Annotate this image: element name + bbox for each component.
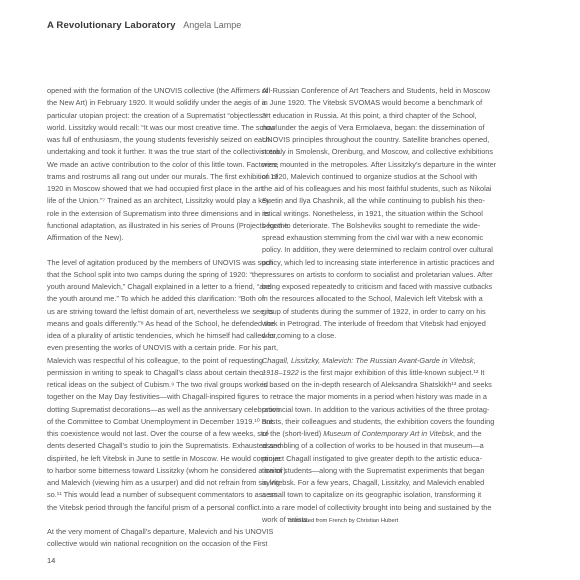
text-line: trams and rostrums all rang out under ou… (47, 171, 279, 183)
text-line: work in Petrograd. The interlude of free… (262, 318, 500, 330)
text-line: the youth around me.” To which he added … (47, 293, 279, 305)
text-line: a small town to capitalize on its geogra… (262, 489, 500, 501)
text-line: that the School split into two camps dur… (47, 269, 279, 281)
text-line: dispirited, he left Vitebsk in June to s… (47, 453, 279, 465)
text-line: world. Lissitzky would recall: “It was o… (47, 122, 279, 134)
text-line: of the (short-lived) Museum of Contempor… (262, 428, 500, 440)
text-line: spread exhaustion stemming from the civi… (262, 232, 500, 244)
text-line: role in the extension of Suprematism int… (47, 208, 279, 220)
text-line: means and goals differently.”⁸ As head o… (47, 318, 279, 330)
text-line: began to deteriorate. The Bolsheviks sou… (262, 220, 500, 232)
text-line: We made an active contribution to the co… (47, 159, 279, 171)
text-line: being exposed repeatedly to criticism an… (262, 281, 500, 293)
text-line: retical ideas on the subject of Cubism.⁹… (47, 379, 279, 391)
paragraph-break (47, 514, 279, 526)
translation-credit: Translated from French by Christian Hube… (287, 518, 398, 524)
text-line: life of the Union.”⁷ Trained as an archi… (47, 195, 279, 207)
text-line: idea of a plurality of artistic tendenci… (47, 330, 279, 342)
right-text-column: All-Russian Conference of Art Teachers a… (262, 85, 500, 526)
text-line: tion of students—along with the Supremat… (262, 465, 500, 477)
text-fragment: , and the (453, 429, 482, 438)
text-line: were mounted in the metropoles. After Li… (262, 159, 500, 171)
text-line: dotting Suprematist decorations—as well … (47, 404, 279, 416)
text-line: art education in Russia. At this point, … (262, 110, 500, 122)
text-line: 1918–1922 is the first major exhibition … (262, 367, 500, 379)
text-line: is based on the in-depth research of Ale… (262, 379, 500, 391)
exhibition-title: Chagall, Lissitzky, Malevich: The Russia… (262, 356, 476, 365)
text-line: so.¹¹ This would lead a number of subseq… (47, 489, 279, 501)
text-line: permission in writing to speak to Chagal… (47, 367, 279, 379)
text-line: onists, their colleagues and students, t… (262, 416, 500, 428)
text-line: functional adaptation, as illustrated in… (47, 220, 279, 232)
text-line: of the Committee to Combat Unemployment … (47, 416, 279, 428)
text-line: At the very moment of Chagall’s departur… (47, 526, 279, 538)
text-line: UNOVIS principles throughout the country… (262, 134, 500, 146)
text-line: of 1920, Malevich continued to organize … (262, 171, 500, 183)
text-line: this coexistence would not last. Over th… (47, 428, 279, 440)
text-line: into a rare model of collectivity brough… (262, 502, 500, 514)
text-line: notably in Smolensk, Orenburg, and Mosco… (262, 146, 500, 158)
text-line: together on the May Day festivities—with… (47, 391, 279, 403)
text-line: provincial town. In addition to the vari… (262, 404, 500, 416)
page-number: 14 (47, 556, 55, 565)
text-line: now under the aegis of Vera Ermolaeva, b… (262, 122, 500, 134)
text-line: group of students during the summer of 1… (262, 306, 500, 318)
exhibition-title-dates: 1918–1922 (262, 368, 299, 377)
running-header-title: A Revolutionary Laboratory (47, 20, 176, 31)
text-line: All-Russian Conference of Art Teachers a… (262, 85, 500, 97)
text-line: Affirmation of the New). (47, 232, 279, 244)
text-line: opened with the formation of the UNOVIS … (47, 85, 279, 97)
text-line: to harbor some bitterness toward Lissitz… (47, 465, 279, 477)
left-text-column: opened with the formation of the UNOVIS … (47, 85, 279, 551)
text-line: even presenting the works of UNOVIS with… (47, 342, 279, 354)
text-line: to retrace the major moments in a period… (262, 391, 500, 403)
text-line: undertaking and took it further. It was … (47, 146, 279, 158)
text-line: in Vitebsk. For a few years, Chagall, Li… (262, 477, 500, 489)
running-header-author: Angela Lampe (183, 20, 241, 30)
text-line: particular utopian project: the creation… (47, 110, 279, 122)
text-line: policy. In addition, they were determine… (262, 244, 500, 256)
text-line: us are striving toward the leftist domai… (47, 306, 279, 318)
text-line: collective would win national recognitio… (47, 538, 279, 550)
text-line: youth around Malevich,” Chagall explaine… (47, 281, 279, 293)
text-line: 1920 in Moscow showed that we had occupi… (47, 183, 279, 195)
text-line: in the resources allocated to the School… (262, 293, 500, 305)
museum-name: Museum of Contemporary Art in Vitebsk (323, 429, 453, 438)
paragraph-break (47, 244, 279, 256)
text-line: in June 1920. The Vitebsk SVOMAS would b… (262, 97, 500, 109)
text-line: dents deserted Chagall’s studio to join … (47, 440, 279, 452)
text-fragment: is the first major exhibition of this li… (299, 368, 485, 377)
text-line: was full of enthusiasm, the young studen… (47, 134, 279, 146)
paragraph-break (262, 342, 500, 354)
text-line: Malevich was respectful of his colleague… (47, 355, 279, 367)
text-line: project Chagall instigated to give great… (262, 453, 500, 465)
text-line: the aid of his colleagues and his most f… (262, 183, 500, 195)
text-line: was coming to a close. (262, 330, 500, 342)
text-line: retical writings. Nonetheless, in 1921, … (262, 208, 500, 220)
text-fragment: of the (short-lived) (262, 429, 323, 438)
text-line: The level of agitation produced by the m… (47, 257, 279, 269)
text-line: pressures on artists to conform to socia… (262, 269, 500, 281)
text-line: policy, which led to increasing state in… (262, 257, 500, 269)
text-line: Chagall, Lissitzky, Malevich: The Russia… (262, 355, 500, 367)
running-header: A Revolutionary Laboratory Angela Lampe (47, 20, 241, 31)
text-line: Suetin and Ilya Chashnik, all the while … (262, 195, 500, 207)
text-line: the New Art) in February 1920. It would … (47, 97, 279, 109)
text-line: and Malevich (viewing him as a usurper) … (47, 477, 279, 489)
text-line: assembling of a collection of works to b… (262, 440, 500, 452)
text-line: the Vitebsk period through the fanciful … (47, 502, 279, 514)
